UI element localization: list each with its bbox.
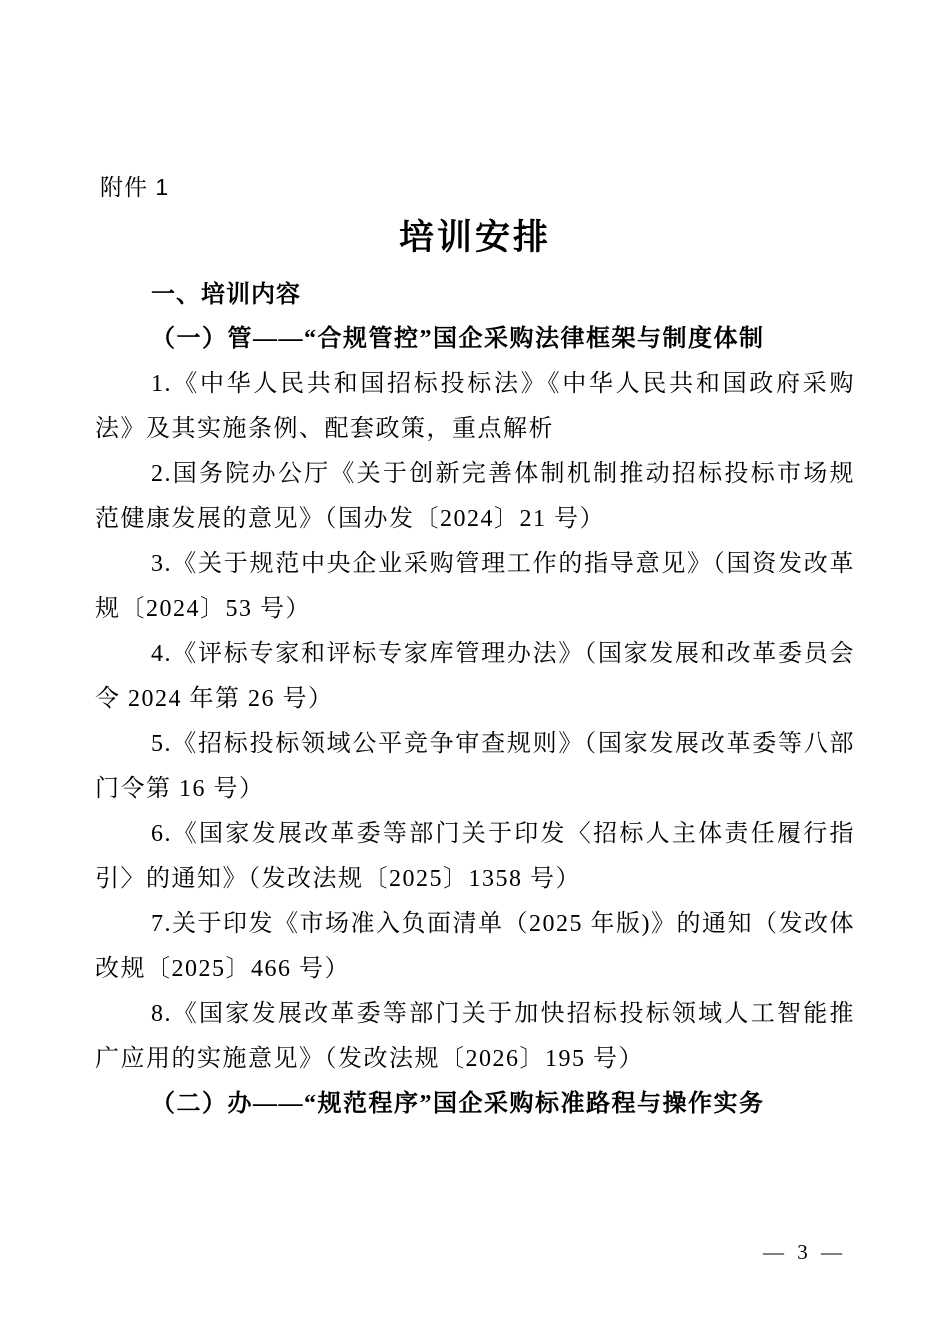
document-page: 附件 1 培训安排 一、培训内容 （一）管——“合规管控”国企采购法律框架与制度… [0,0,946,1335]
list-item-6: 6.《国家发展改革委等部门关于印发〈招标人主体责任履行指引〉的通知》（发改法规〔… [95,812,855,902]
list-item-2: 2.国务院办公厅《关于创新完善体制机制推动招标投标市场规范健康发展的意见》（国办… [95,452,855,542]
list-item-8: 8.《国家发展改革委等部门关于加快招标投标领域人工智能推广应用的实施意见》（发改… [95,992,855,1082]
subsection-heading-2: （二）办——“规范程序”国企采购标准路程与操作实务 [95,1082,855,1127]
list-item-5: 5.《招标投标领域公平竞争审查规则》（国家发展改革委等八部门令第 16 号） [95,722,855,812]
attachment-label: 附件 1 [100,172,855,202]
subsection-heading-1: （一）管——“合规管控”国企采购法律框架与制度体制 [95,317,855,362]
list-item-1: 1.《中华人民共和国招标投标法》《中华人民共和国政府采购法》及其实施条例、配套政… [95,362,855,452]
list-item-3: 3.《关于规范中央企业采购管理工作的指导意见》（国资发改革规〔2024〕53 号… [95,542,855,632]
page-number: — 3 — [763,1240,846,1265]
section-heading: 一、培训内容 [95,272,855,317]
list-item-4: 4.《评标专家和评标专家库管理办法》（国家发展和改革委员会令 2024 年第 2… [95,632,855,722]
document-title: 培训安排 [95,214,855,262]
list-item-7: 7.关于印发《市场准入负面清单（2025 年版)》的通知（发改体改规〔2025〕… [95,902,855,992]
